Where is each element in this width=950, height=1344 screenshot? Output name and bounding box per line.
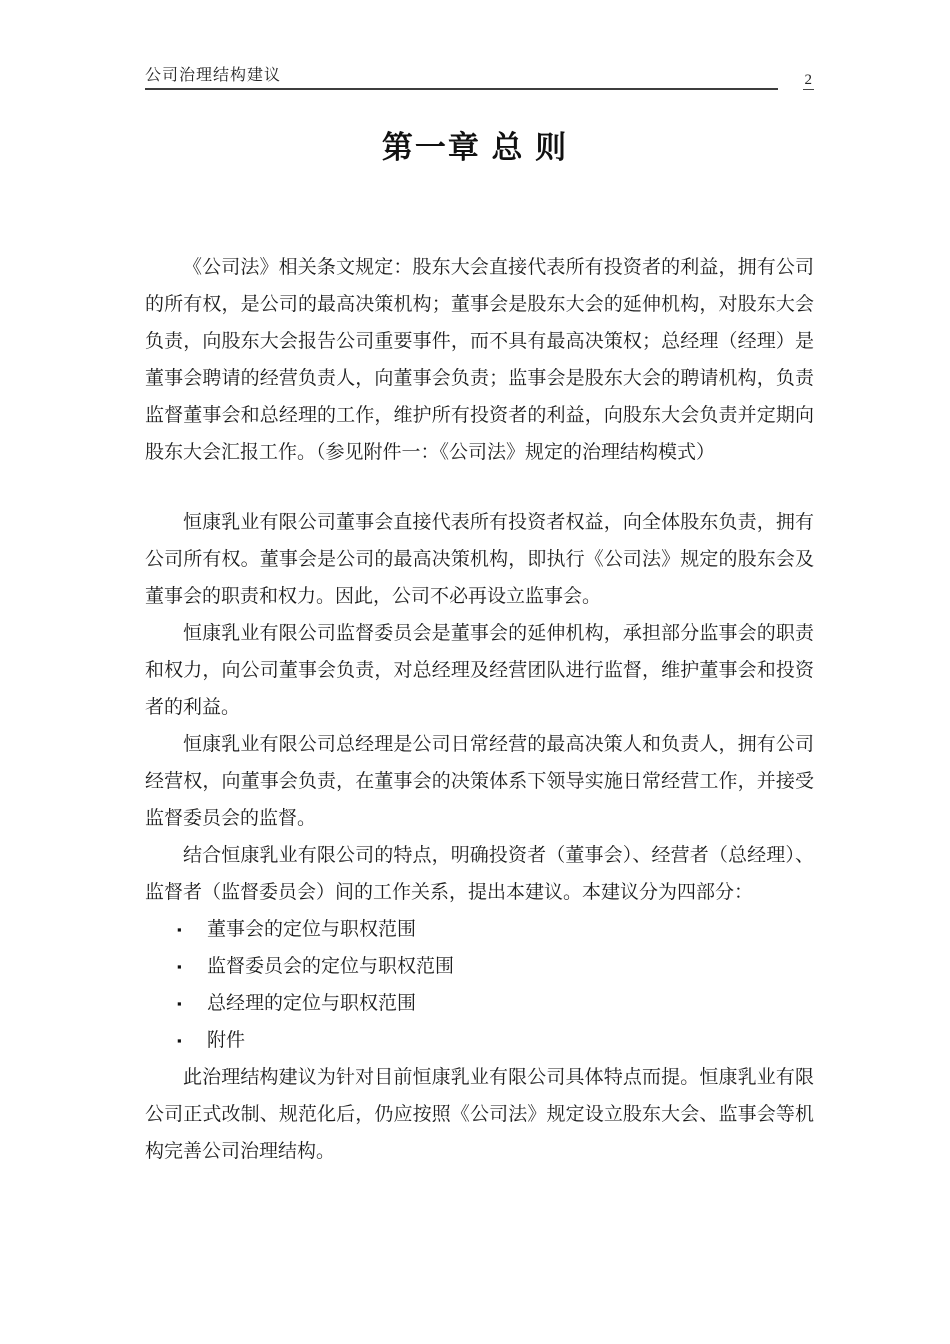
bullet-item: ▪ 附件	[145, 1022, 814, 1059]
bullet-list: ▪ 董事会的定位与职权范围 ▪ 监督委员会的定位与职权范围 ▪ 总经理的定位与职…	[145, 911, 814, 1059]
bullet-square-icon: ▪	[177, 948, 182, 985]
paragraph-company-law: 《公司法》相关条文规定：股东大会直接代表所有投资者的利益，拥有公司的所有权，是公…	[145, 249, 814, 471]
bullet-item-label: 监督委员会的定位与职权范围	[207, 956, 454, 977]
bullet-item-label: 附件	[207, 1030, 245, 1051]
bullet-item: ▪ 董事会的定位与职权范围	[145, 911, 814, 948]
chapter-title: 第一章 总 则	[0, 126, 950, 170]
bullet-square-icon: ▪	[177, 985, 182, 1022]
header-rule: 公司治理结构建议	[145, 62, 778, 90]
bullet-square-icon: ▪	[177, 911, 182, 948]
paragraph-closing: 此治理结构建议为针对目前恒康乳业有限公司具体特点而提。恒康乳业有限公司正式改制、…	[145, 1059, 814, 1170]
bullet-item-label: 董事会的定位与职权范围	[207, 919, 416, 940]
document-page: 公司治理结构建议 2 第一章 总 则 《公司法》相关条文规定：股东大会直接代表所…	[0, 0, 950, 1344]
bullet-square-icon: ▪	[177, 1022, 182, 1059]
header-title: 公司治理结构建议	[145, 67, 281, 84]
paragraph-general-manager: 恒康乳业有限公司总经理是公司日常经营的最高决策人和负责人，拥有公司经营权，向董事…	[145, 726, 814, 837]
paragraph-supervisory-committee: 恒康乳业有限公司监督委员会是董事会的延伸机构，承担部分监事会的职责和权力，向公司…	[145, 615, 814, 726]
bullet-item: ▪ 总经理的定位与职权范围	[145, 985, 814, 1022]
document-body: 《公司法》相关条文规定：股东大会直接代表所有投资者的利益，拥有公司的所有权，是公…	[145, 249, 814, 1170]
bullet-item: ▪ 监督委员会的定位与职权范围	[145, 948, 814, 985]
bullet-item-label: 总经理的定位与职权范围	[207, 993, 416, 1014]
page-header: 公司治理结构建议 2	[145, 62, 814, 90]
paragraph-proposal-parts: 结合恒康乳业有限公司的特点，明确投资者（董事会）、经营者（总经理）、监督者（监督…	[145, 837, 814, 911]
paragraph-board: 恒康乳业有限公司董事会直接代表所有投资者权益，向全体股东负责，拥有公司所有权。董…	[145, 504, 814, 615]
page-number: 2	[803, 73, 815, 90]
